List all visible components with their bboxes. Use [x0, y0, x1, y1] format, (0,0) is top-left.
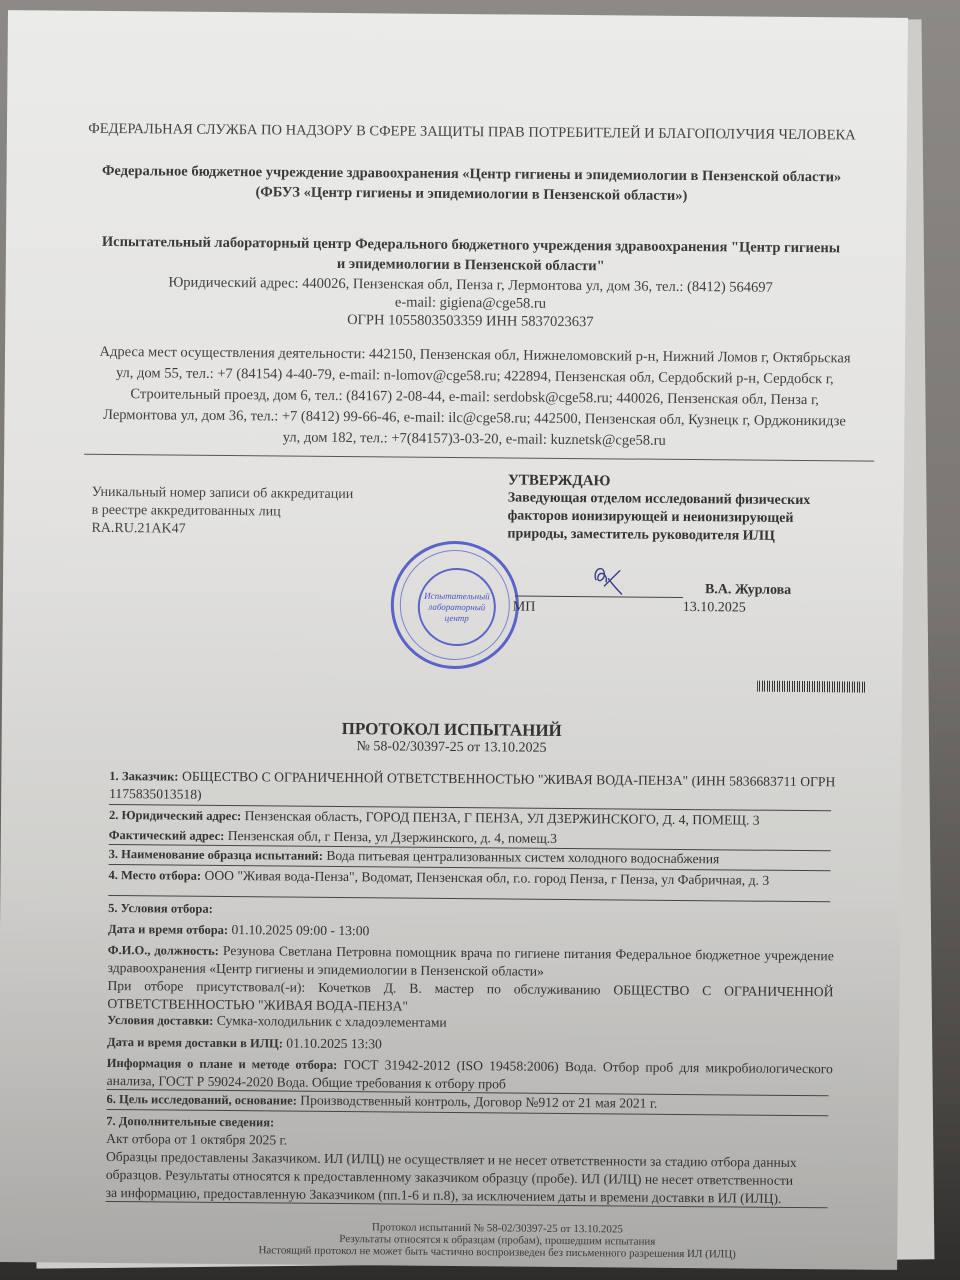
sampler-person-label: Ф.И.О., должность:: [108, 943, 219, 958]
actual-address-label: Фактический адрес:: [109, 828, 225, 843]
customer-value: ОБЩЕСТВО С ОГРАНИЧЕННОЙ ОТВЕТСТВЕННОСТЬЮ…: [109, 769, 835, 802]
sampling-place-value: ООО "Живая вода-Пенза", Водомат, Пензенс…: [204, 868, 769, 888]
legal-address-value: Пензенская область, ГОРОД ПЕНЗА, Г ПЕНЗА…: [245, 808, 760, 827]
legal-contacts: Юридический адрес: 440026, Пензенская об…: [95, 273, 845, 334]
legal-address-label: 2. Юридический адрес:: [109, 808, 241, 823]
signatory-name: В.А. Журлова: [705, 582, 791, 599]
activity-addresses: Адреса мест осуществления деятельности: …: [94, 342, 855, 454]
sampling-method-label: Информация о плане и методе отбора:: [107, 1056, 338, 1072]
barcode-icon: [757, 681, 865, 693]
header-divider: [84, 454, 874, 462]
official-stamp-icon: Испытательный лабораторный центр: [390, 540, 519, 669]
agency-name: ФЕДЕРАЛЬНАЯ СЛУЖБА ПО НАДЗОРУ В СФЕРЕ ЗА…: [87, 119, 857, 146]
sampling-datetime-value: 01.10.2025 09:00 - 13:00: [231, 922, 369, 938]
customer-label: 1. Заказчик:: [109, 769, 178, 784]
sampling-datetime: Дата и время отбора: 01.10.2025 09:00 - …: [108, 920, 834, 944]
seal-label: МП: [513, 600, 536, 616]
delivery-datetime-label: Дата и время доставки в ИЛЦ:: [107, 1035, 283, 1051]
sampling-conditions-label: 5. Условия отбора:: [108, 901, 213, 916]
page-footer: Протокол испытаний № 58-02/30397-25 от 1…: [197, 1220, 797, 1261]
sampling-place-label: 4. Место отбора:: [108, 868, 201, 883]
approval-date: 13.10.2025: [683, 600, 746, 617]
section-sampling-conditions: 5. Условия отбора:: [108, 899, 834, 923]
signature-icon: [588, 560, 628, 600]
approval-position: Заведующая отделом исследований физическ…: [507, 489, 837, 546]
accreditation-line1: Уникальный номер записи об аккредитации: [92, 484, 354, 504]
stamp-center-text: Испытательный лабораторный центр: [417, 568, 496, 647]
approval-block: УТВЕРЖДАЮ Заведующая отделом исследовани…: [507, 471, 838, 546]
sample-name-label: 3. Наименование образца испытаний:: [109, 847, 323, 863]
additional-info-text: Образцы предоставлены Заказчиком. ИЛ (ИЛ…: [106, 1148, 806, 1208]
delivery-conditions-label: Условия доставки:: [107, 1013, 213, 1028]
sampling-datetime-label: Дата и время отбора:: [108, 922, 228, 937]
lab-center-name: Испытательный лабораторный центр Федерал…: [96, 232, 846, 279]
delivery-datetime-value: 01.10.2025 13:30: [286, 1036, 382, 1052]
sample-name-value: Вода питьевая централизованных систем хо…: [326, 848, 719, 866]
institution-name: Федеральное бюджетное учреждение здравоо…: [96, 161, 846, 208]
document-page: ФЕДЕРАЛЬНАЯ СЛУЖБА ПО НАДЗОРУ В СФЕРЕ ЗА…: [0, 10, 908, 1270]
purpose-value: Производственный контроль, Договор №912 …: [300, 1093, 657, 1111]
accreditation-number: RA.RU.21AK47: [91, 520, 353, 540]
accreditation-block: Уникальный номер записи об аккредитации …: [91, 484, 353, 540]
protocol-number: № 58-02/30397-25 от 13.10.2025: [272, 738, 632, 757]
additional-info-label: 7. Дополнительные сведения:: [106, 1114, 274, 1129]
delivery-conditions-value: Сумка-холодильник с хладоэлементами: [217, 1013, 447, 1030]
delivery-datetime: Дата и время доставки в ИЛЦ: 01.10.2025 …: [107, 1033, 833, 1057]
purpose-label: 6. Цель исследований, основание:: [106, 1092, 297, 1108]
section-customer: 1. Заказчик: ОБЩЕСТВО С ОГРАНИЧЕННОЙ ОТВ…: [109, 767, 835, 809]
accreditation-line2: в реестре аккредитованных лиц: [92, 502, 354, 522]
actual-address-value: Пензенская обл, г Пенза, ул Дзержинского…: [228, 828, 557, 846]
